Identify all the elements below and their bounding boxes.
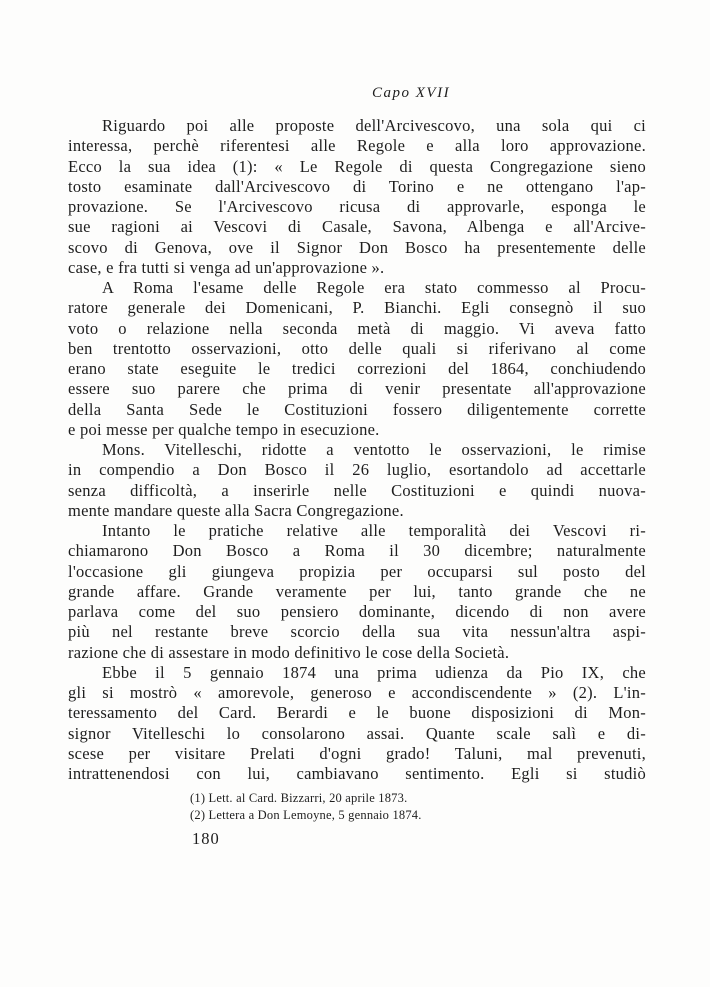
paragraph: A Roma l'esame delle Regole era stato co… xyxy=(68,278,646,440)
paragraph: Mons. Vitelleschi, ridotte a ventotto le… xyxy=(68,440,646,521)
text-line: razione che di assestare in modo definit… xyxy=(68,643,646,663)
body-text: Riguardo poi alle proposte dell'Arcivesc… xyxy=(68,116,646,784)
text-line: grande affare. Grande veramente per lui,… xyxy=(68,582,646,602)
text-line: sue ragioni ai Vescovi di Casale, Savona… xyxy=(68,217,646,237)
running-header: Capo XVII xyxy=(372,85,450,102)
text-line: ratore generale dei Domenicani, P. Bianc… xyxy=(68,298,646,318)
text-line: in compendio a Don Bosco il 26 luglio, e… xyxy=(68,460,646,480)
text-line: scovo di Genova, ove il Signor Don Bosco… xyxy=(68,238,646,258)
text-line: gli si mostrò « amorevole, generoso e ac… xyxy=(68,683,646,703)
text-line: senza difficoltà, a inserirle nelle Cost… xyxy=(68,481,646,501)
scanned-book-page: Capo XVII Riguardo poi alle proposte del… xyxy=(0,0,710,987)
text-line: Intanto le pratiche relative alle tempor… xyxy=(68,521,646,541)
footnote: (2) Lettera a Don Lemoyne, 5 gennaio 187… xyxy=(190,807,422,824)
page-number: 180 xyxy=(192,829,220,849)
text-line: A Roma l'esame delle Regole era stato co… xyxy=(68,278,646,298)
footnote: (1) Lett. al Card. Bizzarri, 20 aprile 1… xyxy=(190,790,422,807)
paragraph: Ebbe il 5 gennaio 1874 una prima udienza… xyxy=(68,663,646,785)
text-line: scese per visitare Prelati d'ogni grado!… xyxy=(68,744,646,764)
text-line: Mons. Vitelleschi, ridotte a ventotto le… xyxy=(68,440,646,460)
text-line: teressamento del Card. Berardi e le buon… xyxy=(68,703,646,723)
text-line: case, e fra tutti si venga ad un'approva… xyxy=(68,258,646,278)
text-line: mente mandare queste alla Sacra Congrega… xyxy=(68,501,646,521)
footnotes: (1) Lett. al Card. Bizzarri, 20 aprile 1… xyxy=(190,790,422,823)
text-line: interessa, perchè riferentesi alle Regol… xyxy=(68,136,646,156)
text-line: provazione. Se l'Arcivescovo ricusa di a… xyxy=(68,197,646,217)
text-line: Riguardo poi alle proposte dell'Arcivesc… xyxy=(68,116,646,136)
text-line: intrattenendosi con lui, cambiavano sent… xyxy=(68,764,646,784)
text-line: ben trentotto osservazioni, otto delle q… xyxy=(68,339,646,359)
paragraph: Intanto le pratiche relative alle tempor… xyxy=(68,521,646,663)
text-line: signor Vitelleschi lo consolarono assai.… xyxy=(68,724,646,744)
paragraph: Riguardo poi alle proposte dell'Arcivesc… xyxy=(68,116,646,278)
text-line: tosto esaminate dall'Arcivescovo di Tori… xyxy=(68,177,646,197)
text-line: l'occasione gli giungeva propizia per oc… xyxy=(68,562,646,582)
text-line: più nel restante breve scorcio della sua… xyxy=(68,622,646,642)
text-line: chiamarono Don Bosco a Roma il 30 dicemb… xyxy=(68,541,646,561)
text-line: Ecco la sua idea (1): « Le Regole di que… xyxy=(68,157,646,177)
text-line: della Santa Sede le Costituzioni fossero… xyxy=(68,400,646,420)
text-line: Ebbe il 5 gennaio 1874 una prima udienza… xyxy=(68,663,646,683)
text-line: erano state eseguite le tredici correzio… xyxy=(68,359,646,379)
text-line: parlava come del suo pensiero dominante,… xyxy=(68,602,646,622)
text-line: voto o relazione nella seconda metà di m… xyxy=(68,319,646,339)
text-line: e poi messe per qualche tempo in esecuzi… xyxy=(68,420,646,440)
text-line: essere suo parere che prima di venir pre… xyxy=(68,379,646,399)
